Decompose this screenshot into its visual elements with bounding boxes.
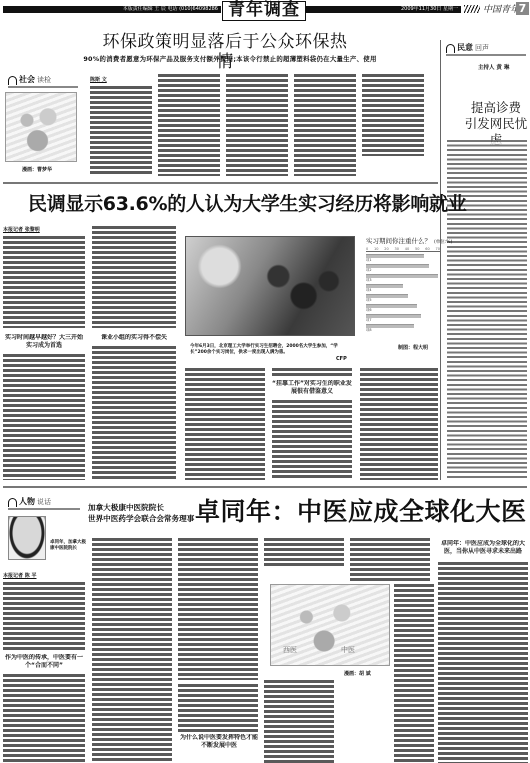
- chart-bar-label: 项2: [366, 268, 440, 272]
- section-divider-1: [3, 182, 438, 184]
- section-label-light: 读检: [37, 75, 51, 85]
- internship-column-4a: [272, 368, 352, 378]
- cartoon-caption: 漫画：曹梦华: [22, 166, 52, 173]
- internship-headline: 民调显示63.6%的人认为大学生实习经历将影响就业: [28, 192, 413, 216]
- section-label: 民意: [457, 42, 473, 53]
- medicine-column-3a: [178, 538, 258, 680]
- society-column-tag: 社会 读检: [8, 74, 78, 85]
- cartoon-label-western: 西医: [283, 645, 297, 655]
- internship-subhead-1: 实习时间越早越好？大三开始实习成为首选: [3, 334, 85, 352]
- environment-byline: 陈斯 文: [90, 76, 150, 83]
- internship-subhead-2: 课业小组的实习得不偿失: [92, 334, 176, 344]
- chart-bar-row: 项6: [366, 304, 440, 312]
- chart-bar-row: 项8: [366, 324, 440, 332]
- medicine-column-2: [92, 538, 172, 763]
- internship-byline: 本报记者 张黎明: [3, 226, 83, 233]
- chart-bar-label: 项1: [366, 258, 440, 262]
- chart-bar-label: 项4: [366, 288, 440, 292]
- chart-bar-row: 项1: [366, 254, 440, 262]
- medicine-column-6: [438, 562, 528, 763]
- internship-subhead-3: “挂靠工作”对实习生的职业发展很有借鉴意义: [272, 380, 352, 398]
- section-arc-icon: [8, 76, 17, 85]
- sidebar-divider: [440, 40, 441, 480]
- section-rule: [446, 54, 526, 56]
- section-rule: [8, 508, 80, 510]
- page-number: 7: [516, 2, 529, 15]
- chart-source: 制图：程大明: [398, 344, 428, 351]
- internship-column-1b: [3, 354, 85, 480]
- chart-bar-row: 项2: [366, 264, 440, 272]
- section-label-light: 回声: [475, 43, 489, 53]
- chart-bar-row: 项5: [366, 294, 440, 302]
- medicine-column-1b: [3, 674, 85, 763]
- section-label-light: 说话: [37, 497, 51, 507]
- section-rule: [8, 86, 78, 88]
- environment-column-1: [90, 86, 152, 176]
- sidebar-headline-line1: 提高诊费: [462, 100, 530, 116]
- section-label: 人物: [19, 496, 35, 507]
- internship-bar-chart: 实习期间你注重什么？(单位:%) 010203040506070 项1项2项3项…: [366, 236, 440, 336]
- masthead-left-bar: E-mail:dyqgb@cyol.com 本版责任编辑 王 辰 电话 (010…: [3, 6, 221, 13]
- masthead-editor: 本版责任编辑 王 辰 电话 (010)64098286: [120, 6, 218, 13]
- photo-credit: CFP: [336, 356, 347, 362]
- medicine-byline: 本报记者 陈 平: [3, 572, 83, 579]
- medicine-subhead-2: 为什么说中医要发挥特色才能不断发展中医: [178, 734, 260, 752]
- environment-subheadline: 90%的消费者愿意为环保产品及服务支付额外费用;本该令行禁止的超薄塑料袋仍在大量…: [40, 54, 420, 63]
- medicine-cartoon-caption: 漫画：胡 斌: [344, 670, 371, 677]
- chart-bar-row: 项3: [366, 274, 440, 282]
- medicine-column-5a: [350, 538, 430, 582]
- medicine-column-4a: [264, 538, 344, 568]
- section-divider-2: [3, 486, 527, 488]
- medicine-column-3b: [178, 684, 258, 732]
- internship-column-3: [185, 368, 265, 480]
- environment-column-2: [158, 74, 220, 176]
- job-fair-photo: [185, 236, 355, 336]
- english-section-title: Survey & Observation: [306, 17, 364, 24]
- section-arc-icon: [8, 498, 17, 507]
- internship-column-5: [360, 368, 438, 480]
- chart-axis: 010203040506070: [366, 247, 440, 252]
- chart-bars: 项1项2项3项4项5项6项7项8: [366, 254, 440, 332]
- environment-column-3: [226, 74, 288, 176]
- section-title: 青年调查: [222, 1, 306, 21]
- medicine-kicker: 加拿大极康中医院院长 世界中医药学会联合会常务理事: [88, 502, 194, 524]
- chart-title: 实习期间你注重什么？(单位:%): [366, 236, 440, 245]
- medicine-column-5b: [394, 584, 434, 763]
- decorative-stripes: [464, 5, 480, 13]
- chart-bar-label: 项3: [366, 278, 440, 282]
- environment-column-5: [362, 74, 424, 156]
- medicine-column-1a: [3, 582, 85, 652]
- people-talk-tag: 人物 说话: [8, 496, 80, 507]
- sidebar-author: 主持人 黄 琳: [478, 63, 509, 71]
- internship-column-2b: [92, 346, 176, 480]
- kicker-line2: 世界中医药学会联合会常务理事: [88, 513, 194, 524]
- portrait-caption: 卓同年，加拿大极康中医院院长: [50, 540, 86, 552]
- chart-bar-row: 项4: [366, 284, 440, 292]
- sidebar-body: [447, 140, 527, 480]
- section-arc-icon: [446, 44, 455, 53]
- chart-bar-label: 项8: [366, 328, 440, 332]
- portrait-photo: [8, 516, 46, 560]
- kicker-line1: 加拿大极康中医院院长: [88, 502, 194, 513]
- medicine-subhead-3: 卓同年：中医应成为全球化的大医，当你从中医寻求未来出路: [438, 540, 528, 558]
- public-opinion-tag: 民意 回声: [446, 42, 526, 53]
- photo-caption: 今年6月3日，北京理工大学举行实习生招聘会，2000名大学生参加，“学长”200…: [190, 344, 350, 356]
- section-label: 社会: [19, 74, 35, 85]
- chart-bar-label: 项7: [366, 318, 440, 322]
- medicine-column-4b: [264, 680, 334, 763]
- masthead-right-bar: Survey & Observation 2009年11月30日 星期一: [306, 6, 461, 13]
- medicine-subhead-1: 作为中医的传承，中医要有一个“合而不同”: [3, 654, 85, 672]
- cartoon-label-chinese: 中医: [341, 645, 355, 655]
- chart-bar-row: 项7: [366, 314, 440, 322]
- masthead: E-mail:dyqgb@cyol.com 本版责任编辑 王 辰 电话 (010…: [0, 0, 530, 22]
- medicine-headline: 卓同年：中医应成全球化大医: [195, 496, 527, 528]
- environment-column-4: [294, 74, 356, 176]
- medicine-cartoon: 西医 中医: [270, 584, 390, 666]
- chart-bar-label: 项5: [366, 298, 440, 302]
- chart-bar-label: 项6: [366, 308, 440, 312]
- internship-column-2a: [92, 226, 176, 328]
- issue-date: 2009年11月30日 星期一: [398, 6, 458, 13]
- environment-headline: 环保政策明显落后于公众环保热情: [95, 32, 355, 72]
- internship-column-1a: [3, 236, 85, 328]
- society-cartoon: [5, 92, 77, 162]
- internship-column-4b: [272, 400, 352, 480]
- masthead-email: E-mail:dyqgb@cyol.com: [3, 17, 66, 24]
